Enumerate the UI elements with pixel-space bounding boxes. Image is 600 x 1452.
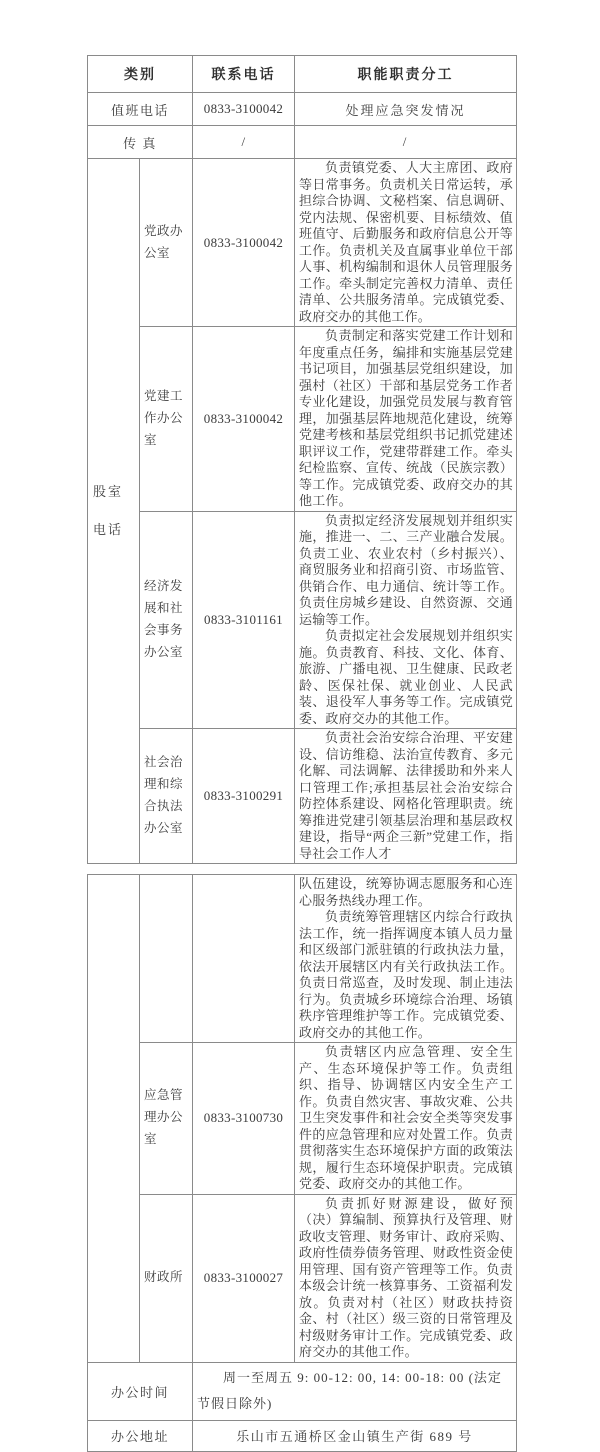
duty-paragraph: 负责拟定社会发展规划并组织实施。负责教育、科技、文化、体育、旅游、广播电视、卫生… (299, 628, 513, 727)
header-category: 类别 (88, 56, 193, 93)
dept-duties: 负责辖区内应急管理、安全生产、生态环境保护等工作。负责组织、指导、协调辖区内安全… (295, 1043, 517, 1195)
dept-phone: 0833-3100042 (193, 159, 295, 327)
dept-row: 应急管理办公室 0833-3100730 负责辖区内应急管理、安全生产、生态环境… (88, 1043, 517, 1195)
dept-row: 社会治理和综合执法办公室 0833-3100291 负责社会治安综合治理、平安建… (88, 729, 517, 864)
duty-paragraph: 负责拟定经济发展规划并组织实施，推进一、二、三产业融合发展。负责工业、农业农村（… (299, 513, 513, 629)
phone-directory-table-part-1: 类别 联系电话 职能职责分工 值班电话 0833-3100042 处理应急突发情… (87, 55, 517, 864)
dept-name: 应急管理办公室 (140, 1043, 193, 1195)
duty-paragraph: 负责辖区内应急管理、安全生产、生态环境保护等工作。负责组织、指导、协调辖区内安全… (299, 1044, 513, 1193)
dept-row: 经济发展和社会事务办公室 0833-3101161 负责拟定经济发展规划并组织实… (88, 511, 517, 729)
dept-duties: 负责制定和落实党建工作计划和年度重点任务，编排和实施基层党建书记项目，加强基层党… (295, 327, 517, 512)
phone-directory-table-part-2: 队伍建设，统筹协调志愿服务和心连心服务热线办理工作。 负责统筹管理辖区内综合行政… (87, 874, 517, 1452)
dept-phone: 0833-3100291 (193, 729, 295, 864)
dept-row: 股室电话 党政办公室 0833-3100042 负责镇党委、人大主席团、政府等日… (88, 159, 517, 327)
dept-duties: 队伍建设，统筹协调志愿服务和心连心服务热线办理工作。 负责统筹管理辖区内综合行政… (295, 875, 517, 1043)
dept-name: 党建工作办公室 (140, 327, 193, 512)
dept-phone: 0833-3100730 (193, 1043, 295, 1195)
phone-directory-document: 类别 联系电话 职能职责分工 值班电话 0833-3100042 处理应急突发情… (87, 55, 517, 1452)
office-address-value: 乐山市五通桥区金山镇生产街 689 号 (193, 1420, 517, 1451)
dept-phone: 0833-3100042 (193, 327, 295, 512)
dept-row-continuation: 队伍建设，统筹协调志愿服务和心连心服务热线办理工作。 负责统筹管理辖区内综合行政… (88, 875, 517, 1043)
dept-name: 社会治理和综合执法办公室 (140, 729, 193, 864)
duty-paragraph: 负责统筹管理辖区内综合行政执法工作，统一指挥调度本镇人员力量和区级部门派驻镇的行… (299, 909, 513, 1041)
dept-name: 党政办公室 (140, 159, 193, 327)
dept-row: 财政所 0833-3100027 负责抓好财源建设，做好预（决）算编制、预算执行… (88, 1194, 517, 1362)
dept-row: 党建工作办公室 0833-3100042 负责制定和落实党建工作计划和年度重点任… (88, 327, 517, 512)
dept-duties: 负责抓好财源建设，做好预（决）算编制、预算执行及管理、财政收支管理、财务审计、政… (295, 1194, 517, 1362)
fax-duty: / (295, 126, 517, 159)
empty-phone-cell (193, 875, 295, 1043)
duty-paragraph: 负责社会治安综合治理、平安建设、信访维稳、法治宣传教育、多元化解、司法调解、法律… (299, 730, 513, 862)
office-hours-label: 办公时间 (88, 1362, 193, 1420)
duty-phone-duty: 处理应急突发情况 (295, 93, 517, 126)
header-row: 类别 联系电话 职能职责分工 (88, 56, 517, 93)
dept-duties: 负责拟定经济发展规划并组织实施，推进一、二、三产业融合发展。负责工业、农业农村（… (295, 511, 517, 729)
dept-name: 经济发展和社会事务办公室 (140, 511, 193, 729)
duty-paragraph: 负责抓好财源建设，做好预（决）算编制、预算执行及管理、财政收支管理、财务审计、政… (299, 1196, 513, 1361)
duty-phone-label: 值班电话 (88, 93, 193, 126)
office-hours-row: 办公时间 周一至周五 9: 00-12: 00, 14: 00-18: 00 (… (88, 1362, 517, 1420)
empty-name-cell (140, 875, 193, 1043)
office-address-row: 办公地址 乐山市五通桥区金山镇生产街 689 号 (88, 1420, 517, 1451)
dept-phone: 0833-3101161 (193, 511, 295, 729)
dept-name: 财政所 (140, 1194, 193, 1362)
office-hours-text: 周一至周五 9: 00-12: 00, 14: 00-18: 00 (法定节假日… (197, 1365, 512, 1417)
dept-phone: 0833-3100027 (193, 1194, 295, 1362)
duty-paragraph: 负责镇党委、人大主席团、政府等日常事务。负责机关日常运转，承担综合协调、文秘档案… (299, 160, 513, 325)
fax-label: 传 真 (88, 126, 193, 159)
dept-duties: 负责镇党委、人大主席团、政府等日常事务。负责机关日常运转，承担综合协调、文秘档案… (295, 159, 517, 327)
office-address-label: 办公地址 (88, 1420, 193, 1451)
fax-number: / (193, 126, 295, 159)
dept-group-empty-cell (88, 875, 140, 1363)
dept-group-label: 股室电话 (88, 159, 140, 864)
duty-paragraph: 负责制定和落实党建工作计划和年度重点任务，编排和实施基层党建书记项目，加强基层党… (299, 328, 513, 510)
header-duty: 职能职责分工 (295, 56, 517, 93)
duty-phone-row: 值班电话 0833-3100042 处理应急突发情况 (88, 93, 517, 126)
duty-paragraph-continuation: 队伍建设，统筹协调志愿服务和心连心服务热线办理工作。 (299, 876, 513, 909)
duty-phone-number: 0833-3100042 (193, 93, 295, 126)
header-phone: 联系电话 (193, 56, 295, 93)
office-hours-value: 周一至周五 9: 00-12: 00, 14: 00-18: 00 (法定节假日… (193, 1362, 517, 1420)
dept-duties: 负责社会治安综合治理、平安建设、信访维稳、法治宣传教育、多元化解、司法调解、法律… (295, 729, 517, 864)
fax-row: 传 真 / / (88, 126, 517, 159)
